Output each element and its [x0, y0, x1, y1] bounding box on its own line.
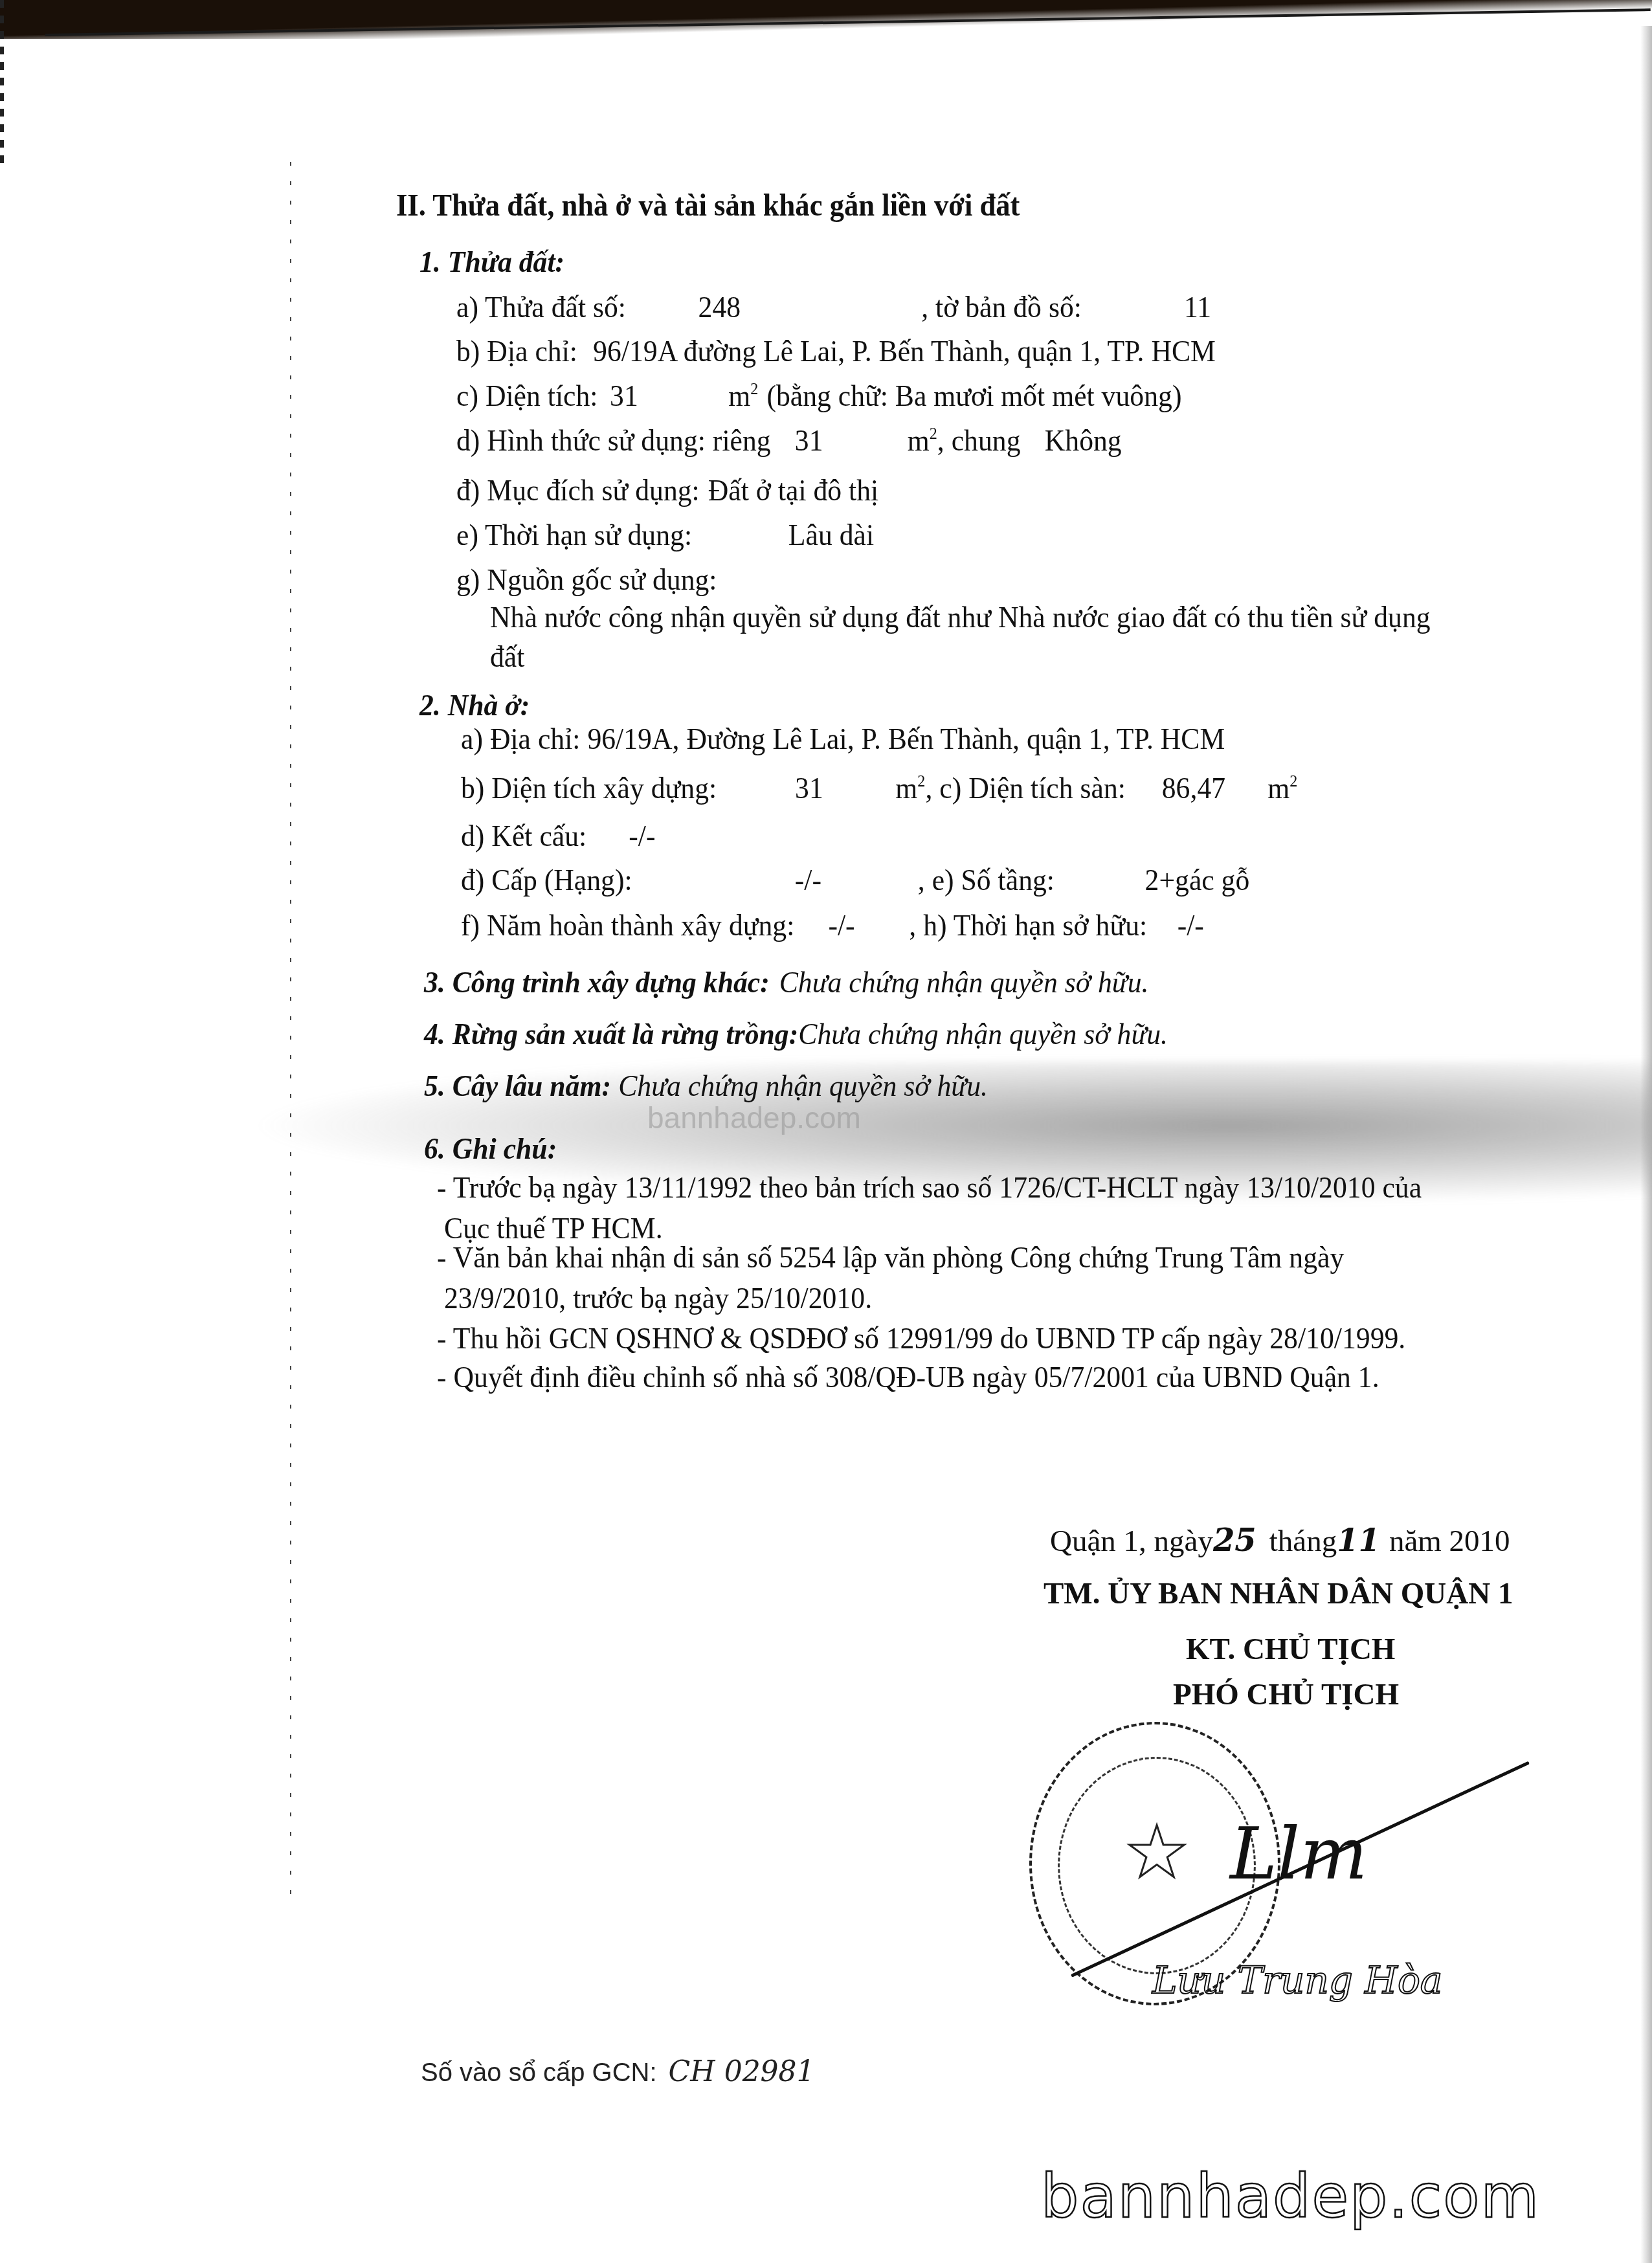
usage-term-label: e) Thời hạn sử dụng:	[456, 518, 692, 552]
land-usage-form-row: d) Hình thức sử dụng: riêng31m2, chungKh…	[456, 421, 1122, 460]
map-sheet-value: 11	[1184, 291, 1211, 324]
notes-heading: 6. Ghi chú:	[424, 1130, 557, 1168]
floor-area-label: , c) Diện tích sàn:	[925, 772, 1126, 805]
watermark: bannhadep.com	[1041, 2162, 1540, 2231]
usage-form-label: d) Hình thức sử dụng: riêng	[456, 424, 771, 458]
completion-year-label: f) Năm hoàn thành xây dựng:	[461, 909, 794, 942]
build-area-value: 31	[795, 772, 823, 805]
note-line-1: - Trước bạ ngày 13/11/1992 theo bản tríc…	[437, 1168, 1422, 1207]
land-origin-value-line1: Nhà nước công nhận quyền sử dụng đất như…	[490, 598, 1431, 637]
note-line-3: - Văn bản khai nhận di sản số 5254 lập v…	[437, 1238, 1344, 1277]
land-heading: 1. Thửa đất:	[419, 243, 564, 282]
land-origin-label: g) Nguồn gốc sử dụng:	[456, 561, 717, 599]
house-heading: 2. Nhà ở:	[419, 686, 530, 725]
land-area-words: (bằng chữ: Ba mươi mốt mét vuông)	[766, 379, 1181, 413]
land-origin-value-line2: đất	[490, 638, 524, 676]
usage-shared-value: Không	[1045, 424, 1122, 458]
handwritten-day: 25	[1213, 1522, 1256, 1559]
house-grade-row: đ) Cấp (Hạng):-/-, e) Số tầng:2+gác gỗ	[461, 861, 1249, 900]
land-area-unit: m	[728, 379, 750, 413]
faint-watermark: bannhadep.com	[647, 1100, 861, 1135]
signer-title: PHÓ CHỦ TỊCH	[1173, 1675, 1399, 1714]
registry-row: Số vào sổ cấp GCN:CH 02981	[421, 2055, 815, 2088]
floors-label: , e) Số tầng:	[918, 864, 1055, 897]
land-area-value: 31	[610, 379, 638, 413]
grade-label: đ) Cấp (Hạng):	[461, 864, 632, 897]
issuing-authority: TM. ỦY BAN NHÂN DÂN QUẬN 1	[1044, 1574, 1513, 1613]
floors-value: 2+gác gỗ	[1145, 864, 1250, 897]
ownership-term-value: -/-	[1178, 909, 1204, 942]
floor-area-unit: m	[1267, 772, 1289, 805]
section-title: II. Thửa đất, nhà ở và tài sản khác gắn …	[396, 186, 1020, 225]
build-area-label: b) Diện tích xây dựng:	[461, 772, 717, 805]
completion-year-value: -/-	[828, 909, 854, 942]
usage-term-value: Lâu dài	[788, 518, 874, 552]
usage-purpose-label: đ) Mục đích sử dụng:	[456, 474, 700, 507]
land-term-row: e) Thời hạn sử dụng:Lâu dài	[456, 516, 874, 555]
registry-number: CH 02981	[669, 2055, 815, 2088]
usage-private-value: 31	[795, 424, 823, 458]
note-line-6: - Quyết định điều chỉnh số nhà số 308/QĐ…	[437, 1358, 1379, 1397]
handwritten-month: 11	[1337, 1522, 1380, 1559]
house-area-row: b) Diện tích xây dựng:31m2, c) Diện tích…	[461, 769, 1297, 808]
land-address-row: b) Địa chỉ:96/19A đường Lê Lai, P. Bến T…	[456, 332, 1216, 371]
scan-left-edge	[0, 0, 4, 168]
floor-area-value: 86,47	[1162, 772, 1225, 805]
perennial-heading: 5. Cây lâu năm:	[424, 1069, 611, 1103]
forest-value: Chưa chứng nhận quyền sở hữu.	[798, 1018, 1168, 1051]
year-label: năm 2010	[1389, 1524, 1510, 1558]
signer-name: Lưu Trung Hòa	[1152, 1958, 1442, 2002]
other-works-value: Chưa chứng nhận quyền sở hữu.	[779, 966, 1149, 999]
forest-heading: 4. Rừng sản xuất là rừng trồng:	[424, 1018, 798, 1051]
registry-label: Số vào sổ cấp GCN:	[421, 2058, 657, 2087]
land-area-row: c) Diện tích:31m2(bằng chữ: Ba mươi mốt …	[456, 377, 1181, 416]
usage-private-unit: m	[908, 424, 930, 458]
note-line-5: - Thu hồi GCN QSHNƠ & QSDĐƠ số 12991/99 …	[437, 1319, 1405, 1358]
seal-inner-ring: ★	[1058, 1757, 1256, 1974]
margin-dashed-line	[290, 162, 291, 1910]
place-date: Quận 1, ngày25tháng11năm 2010	[1050, 1521, 1510, 1561]
on-behalf-of: KT. CHỦ TỊCH	[1186, 1630, 1395, 1669]
grade-value: -/-	[795, 864, 821, 897]
land-parcel-row: a) Thửa đất số:248, tờ bản đồ số:11	[456, 288, 1211, 327]
land-address-value: 96/19A đường Lê Lai, P. Bến Thành, quận …	[593, 335, 1216, 368]
usage-purpose-value: Đất ở tại đô thị	[708, 474, 878, 507]
place-date-prefix: Quận 1, ngày	[1050, 1524, 1213, 1558]
land-area-label: c) Diện tích:	[456, 379, 597, 413]
usage-shared-label: , chung	[937, 424, 1021, 458]
house-structure-row: d) Kết cấu:-/-	[461, 817, 656, 856]
land-parcel-value: 248	[698, 291, 741, 324]
star-emblem-icon: ★	[1060, 1811, 1254, 1894]
structure-label: d) Kết cấu:	[461, 819, 586, 853]
perennial-row: 5. Cây lâu năm:Chưa chứng nhận quyền sở …	[424, 1067, 988, 1106]
handwritten-signature: Llm	[1230, 1812, 1368, 1895]
land-address-label: b) Địa chỉ:	[456, 335, 577, 368]
house-address: a) Địa chỉ: 96/19A, Đường Lê Lai, P. Bến…	[461, 720, 1225, 759]
note-line-4: 23/9/2010, trước bạ ngày 25/10/2010.	[444, 1279, 872, 1318]
house-completion-row: f) Năm hoàn thành xây dựng:-/-, h) Thời …	[461, 906, 1204, 945]
month-label: tháng	[1269, 1524, 1337, 1558]
land-purpose-row: đ) Mục đích sử dụng:Đất ở tại đô thị	[456, 471, 878, 510]
perennial-value: Chưa chứng nhận quyền sở hữu.	[618, 1069, 988, 1103]
structure-value: -/-	[629, 819, 655, 853]
ownership-term-label: , h) Thời hạn sở hữu:	[909, 909, 1147, 942]
map-sheet-label: , tờ bản đồ số:	[921, 291, 1082, 324]
land-parcel-label: a) Thửa đất số:	[456, 291, 626, 324]
other-works-heading: 3. Công trình xây dựng khác:	[424, 966, 770, 999]
build-area-unit: m	[895, 772, 917, 805]
forest-row: 4. Rừng sản xuất là rừng trồng:Chưa chứn…	[424, 1015, 1168, 1054]
other-works-row: 3. Công trình xây dựng khác:Chưa chứng n…	[424, 963, 1148, 1002]
